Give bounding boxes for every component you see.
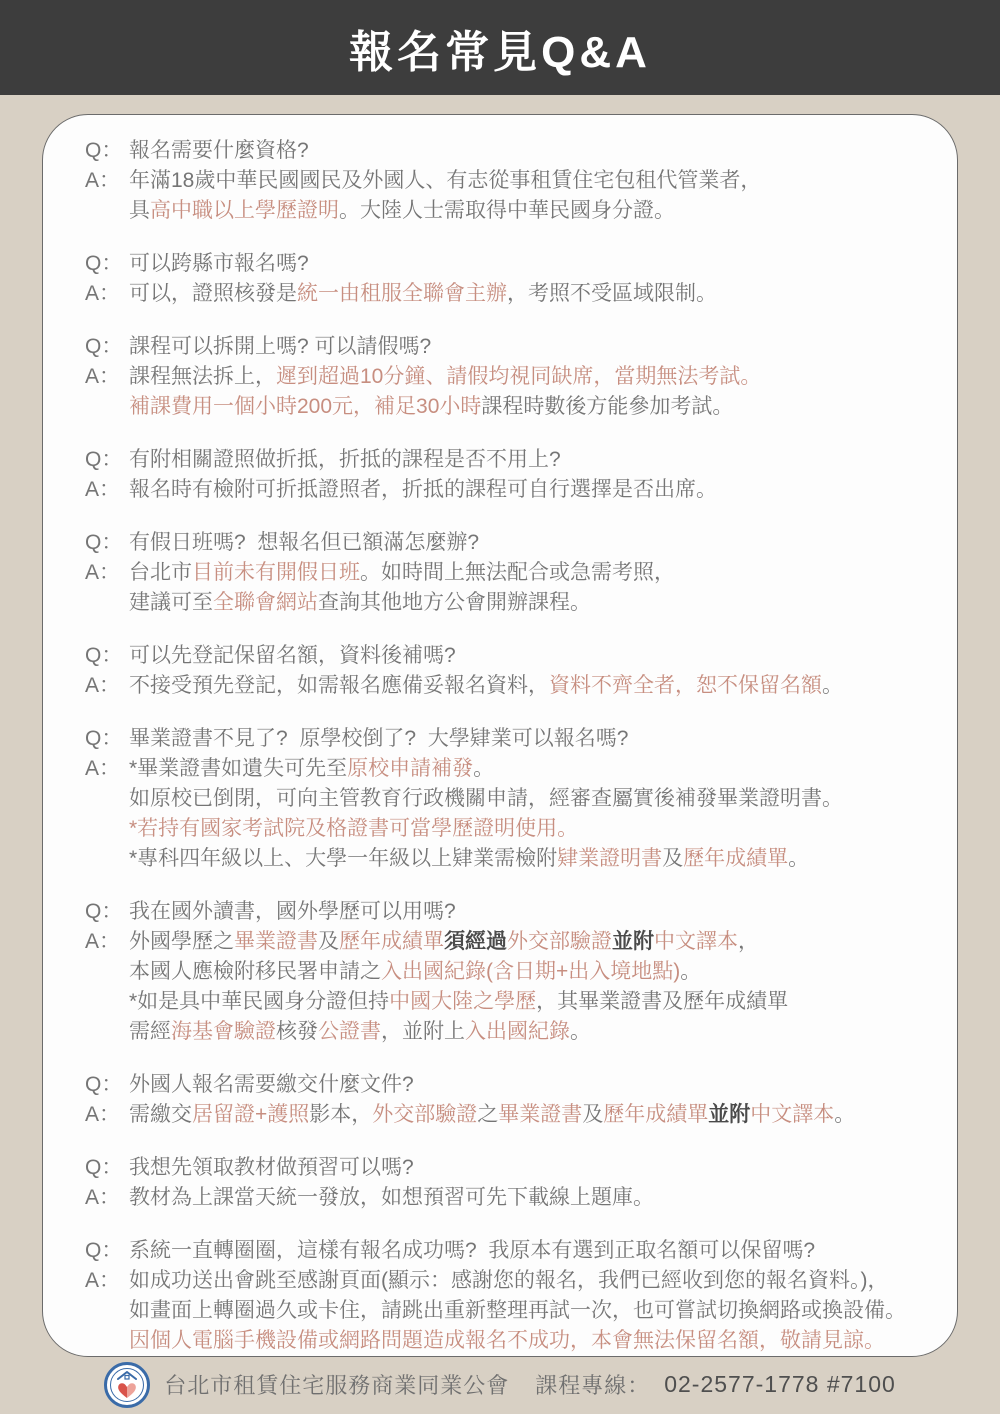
qa-block: Q：有附相關證照做折抵，折抵的課程是否不用上?A：報名時有檢附可折抵證照者，折抵… xyxy=(85,445,929,505)
qa-prefix: A： xyxy=(85,166,129,196)
qa-prefix: A： xyxy=(85,754,129,784)
answer-row: A：台北市目前未有開假日班。如時間上無法配合或急需考照， xyxy=(85,558,929,588)
highlighted-text: 入出國紀錄(含日期+出入境地點) xyxy=(381,960,680,983)
answer-row: A：如成功送出會跳至感謝頁面(顯示：感謝您的報名，我們已經收到您的報名資料。)， xyxy=(85,1266,929,1296)
qa-block: Q：我想先領取教材做預習可以嗎?A：教材為上課當天統一發放，如想預習可先下載線上… xyxy=(85,1153,929,1213)
qa-text: 可以跨縣市報名嗎? xyxy=(129,249,309,279)
association-logo-icon xyxy=(104,1362,150,1408)
body-text: 可以，證照核發是 xyxy=(129,282,297,305)
body-text: 本國人應檢附移民署申請之 xyxy=(129,960,381,983)
qa-prefix: A： xyxy=(85,1266,129,1296)
qa-prefix: Q： xyxy=(85,136,129,166)
highlighted-text: 歷年成績單 xyxy=(339,930,444,953)
qa-list: Q：報名需要什麼資格?A：年滿18歲中華民國國民及外國人、有志從事租賃住宅包租代… xyxy=(85,136,929,1356)
answer-row: A：不接受預先登記，如需報名應備妥報名資料，資料不齊全者，恕不保留名額。 xyxy=(85,671,929,701)
highlighted-text: 中文譯本 xyxy=(654,930,738,953)
qa-prefix: Q： xyxy=(85,641,129,671)
qa-text: 外國學歷之畢業證書及歷年成績單須經過外交部驗證並附中文譯本， xyxy=(129,927,759,957)
qa-text: 不接受預先登記，如需報名應備妥報名資料，資料不齊全者，恕不保留名額。 xyxy=(129,671,843,701)
qa-text: 台北市目前未有開假日班。如時間上無法配合或急需考照， xyxy=(129,558,675,588)
qa-text: 具高中職以上學歷證明。大陸人士需取得中華民國身分證。 xyxy=(129,196,675,226)
body-text: 。 xyxy=(822,674,843,697)
body-text: 。大陸人士需取得中華民國身分證。 xyxy=(339,199,675,222)
qa-text: 我在國外讀書，國外學歷可以用嗎? xyxy=(129,897,456,927)
highlighted-text: 畢業證書 xyxy=(234,930,318,953)
answer-row: 需經海基會驗證核發公證書，並附上入出國紀錄。 xyxy=(85,1017,929,1047)
body-text: *專科四年級以上、大學一年級以上肄業需檢附 xyxy=(129,847,557,870)
highlighted-text: 入出國紀錄 xyxy=(465,1020,570,1043)
answer-row: A：需繳交居留證+護照影本，外交部驗證之畢業證書及歷年成績單並附中文譯本。 xyxy=(85,1100,929,1130)
body-text: 報名需要什麼資格? xyxy=(129,139,309,162)
qa-text: *畢業證書如遺失可先至原校申請補發。 xyxy=(129,754,494,784)
body-text: 外國學歷之 xyxy=(129,930,234,953)
qa-text: 需經海基會驗證核發公證書，並附上入出國紀錄。 xyxy=(129,1017,591,1047)
body-text: 有附相關證照做折抵，折抵的課程是否不用上? xyxy=(129,448,561,471)
body-text: 畢業證書不見了? 原學校倒了? 大學肄業可以報名嗎? xyxy=(129,727,628,750)
qa-text: 報名需要什麼資格? xyxy=(129,136,309,166)
qa-block: Q：畢業證書不見了? 原學校倒了? 大學肄業可以報名嗎?A：*畢業證書如遺失可先… xyxy=(85,724,929,874)
qa-text: 可以先登記保留名額，資料後補嗎? xyxy=(129,641,456,671)
body-text: *畢業證書如遺失可先至 xyxy=(129,757,347,780)
answer-row: 建議可至全聯會網站查詢其他地方公會開辦課程。 xyxy=(85,588,929,618)
question-row: Q：我想先領取教材做預習可以嗎? xyxy=(85,1153,929,1183)
qa-block: Q：系統一直轉圈圈，這樣有報名成功嗎? 我原本有選到正取名額可以保留嗎?A：如成… xyxy=(85,1236,929,1356)
body-text: 需經 xyxy=(129,1020,171,1043)
body-text: 影本， xyxy=(309,1103,372,1126)
body-text: 課程無法拆上， xyxy=(129,365,276,388)
qa-text: 報名時有檢附可折抵證照者，折抵的課程可自行選擇是否出席。 xyxy=(129,475,717,505)
qa-text: 有假日班嗎? 想報名但已額滿怎麼辦? xyxy=(129,528,479,558)
question-row: Q：有附相關證照做折抵，折抵的課程是否不用上? xyxy=(85,445,929,475)
qa-text: 如畫面上轉圈過久或卡住，請跳出重新整理再試一次，也可嘗試切換網路或換設備。 xyxy=(129,1296,906,1326)
highlighted-text: 海基會驗證 xyxy=(171,1020,276,1043)
answer-row: *專科四年級以上、大學一年級以上肄業需檢附肄業證明書及歷年成績單。 xyxy=(85,844,929,874)
answer-row: 本國人應檢附移民署申請之入出國紀錄(含日期+出入境地點)。 xyxy=(85,957,929,987)
body-text: 。 xyxy=(834,1103,855,1126)
body-text: ，考照不受區域限制。 xyxy=(507,282,717,305)
qa-block: Q：有假日班嗎? 想報名但已額滿怎麼辦?A：台北市目前未有開假日班。如時間上無法… xyxy=(85,528,929,618)
qa-prefix: Q： xyxy=(85,1153,129,1183)
highlighted-text: 中文譯本 xyxy=(750,1103,834,1126)
body-text: 年滿18歲中華民國國民及外國人、有志從事租賃住宅包租代管業者， xyxy=(129,169,761,192)
highlighted-text: 高中職以上學歷證明 xyxy=(150,199,339,222)
qa-prefix: Q： xyxy=(85,332,129,362)
answer-row: A：教材為上課當天統一發放，如想預習可先下載線上題庫。 xyxy=(85,1183,929,1213)
highlighted-text: 補課費用一個小時200元，補足30小時 xyxy=(129,395,481,418)
qa-text: 補課費用一個小時200元，補足30小時課程時數後方能參加考試。 xyxy=(129,392,733,422)
body-text: 之 xyxy=(477,1103,498,1126)
body-text: 可以先登記保留名額，資料後補嗎? xyxy=(129,644,456,667)
qa-text: 系統一直轉圈圈，這樣有報名成功嗎? 我原本有選到正取名額可以保留嗎? xyxy=(129,1236,815,1266)
question-row: Q：可以先登記保留名額，資料後補嗎? xyxy=(85,641,929,671)
qa-text: *若持有國家考試院及格證書可當學歷證明使用。 xyxy=(129,814,578,844)
body-text: 。如時間上無法配合或急需考照， xyxy=(360,561,675,584)
qa-prefix: Q： xyxy=(85,249,129,279)
body-text: 如畫面上轉圈過久或卡住，請跳出重新整理再試一次，也可嘗試切換網路或換設備。 xyxy=(129,1299,906,1322)
qa-text: 如原校已倒閉，可向主管教育行政機關申請，經審查屬實後補發畢業證明書。 xyxy=(129,784,843,814)
qa-text: *專科四年級以上、大學一年級以上肄業需檢附肄業證明書及歷年成績單。 xyxy=(129,844,809,874)
highlighted-text: 中國大陸之學歷 xyxy=(389,990,536,1013)
body-text: 不接受預先登記，如需報名應備妥報名資料， xyxy=(129,674,549,697)
qa-text: 可以，證照核發是統一由租服全聯會主辦，考照不受區域限制。 xyxy=(129,279,717,309)
highlighted-text: 資料不齊全者，恕不保留名額 xyxy=(549,674,822,697)
qa-block: Q：可以先登記保留名額，資料後補嗎?A：不接受預先登記，如需報名應備妥報名資料，… xyxy=(85,641,929,701)
body-text: 系統一直轉圈圈，這樣有報名成功嗎? 我原本有選到正取名額可以保留嗎? xyxy=(129,1239,815,1262)
qa-text: 課程無法拆上，遲到超過10分鐘、請假均視同缺席，當期無法考試。 xyxy=(129,362,761,392)
body-text: ， xyxy=(738,930,759,953)
footer-hotline-label: 課程專線： xyxy=(535,1369,650,1400)
body-text: 。 xyxy=(570,1020,591,1043)
qa-text: 我想先領取教材做預習可以嗎? xyxy=(129,1153,414,1183)
question-row: Q：可以跨縣市報名嗎? xyxy=(85,249,929,279)
highlighted-text: *若持有國家考試院及格證書可當學歷證明使用。 xyxy=(129,817,578,840)
qa-prefix: Q： xyxy=(85,1236,129,1266)
qa-block: Q：外國人報名需要繳交什麼文件?A：需繳交居留證+護照影本，外交部驗證之畢業證書… xyxy=(85,1070,929,1130)
answer-row: A：可以，證照核發是統一由租服全聯會主辦，考照不受區域限制。 xyxy=(85,279,929,309)
body-text: 我在國外讀書，國外學歷可以用嗎? xyxy=(129,900,456,923)
qa-prefix: A： xyxy=(85,1100,129,1130)
qa-text: 外國人報名需要繳交什麼文件? xyxy=(129,1070,414,1100)
body-text: 可以跨縣市報名嗎? xyxy=(129,252,309,275)
highlighted-text: 歷年成績單 xyxy=(683,847,788,870)
answer-row: 如畫面上轉圈過久或卡住，請跳出重新整理再試一次，也可嘗試切換網路或換設備。 xyxy=(85,1296,929,1326)
body-text: 須經過 xyxy=(444,930,507,953)
body-text: *如是具中華民國身分證但持 xyxy=(129,990,389,1013)
qa-prefix: A： xyxy=(85,1183,129,1213)
qa-text: 本國人應檢附移民署申請之入出國紀錄(含日期+出入境地點)。 xyxy=(129,957,701,987)
qa-prefix: A： xyxy=(85,927,129,957)
question-row: Q：外國人報名需要繳交什麼文件? xyxy=(85,1070,929,1100)
body-text: 具 xyxy=(129,199,150,222)
qa-text: 如成功送出會跳至感謝頁面(顯示：感謝您的報名，我們已經收到您的報名資料。)， xyxy=(129,1266,888,1296)
qa-prefix: A： xyxy=(85,558,129,588)
qa-prefix: Q： xyxy=(85,1070,129,1100)
answer-row: A：年滿18歲中華民國國民及外國人、有志從事租賃住宅包租代管業者， xyxy=(85,166,929,196)
question-row: Q：有假日班嗎? 想報名但已額滿怎麼辦? xyxy=(85,528,929,558)
body-text: 如原校已倒閉，可向主管教育行政機關申請，經審查屬實後補發畢業證明書。 xyxy=(129,787,843,810)
answer-row: A：*畢業證書如遺失可先至原校申請補發。 xyxy=(85,754,929,784)
highlighted-text: 統一由租服全聯會主辦 xyxy=(297,282,507,305)
body-text: ，其畢業證書及歷年成績單 xyxy=(536,990,788,1013)
highlighted-text: 歷年成績單 xyxy=(603,1103,708,1126)
body-text: 及 xyxy=(662,847,683,870)
question-row: Q：課程可以拆開上嗎? 可以請假嗎? xyxy=(85,332,929,362)
qa-text: 課程可以拆開上嗎? 可以請假嗎? xyxy=(129,332,431,362)
question-row: Q：畢業證書不見了? 原學校倒了? 大學肄業可以報名嗎? xyxy=(85,724,929,754)
answer-row: A：外國學歷之畢業證書及歷年成績單須經過外交部驗證並附中文譯本， xyxy=(85,927,929,957)
highlighted-text: 遲到超過10分鐘、請假均視同缺席，當期無法考試。 xyxy=(276,365,761,388)
qa-card: Q：報名需要什麼資格?A：年滿18歲中華民國國民及外國人、有志從事租賃住宅包租代… xyxy=(42,114,958,1357)
highlighted-text: 原校申請補發 xyxy=(347,757,473,780)
question-row: Q：報名需要什麼資格? xyxy=(85,136,929,166)
highlighted-text: 因個人電腦手機設備或網路問題造成報名不成功，本會無法保留名額，敬請見諒。 xyxy=(129,1329,885,1352)
qa-prefix: Q： xyxy=(85,897,129,927)
answer-row: 因個人電腦手機設備或網路問題造成報名不成功，本會無法保留名額，敬請見諒。 xyxy=(85,1326,929,1356)
qa-text: 年滿18歲中華民國國民及外國人、有志從事租賃住宅包租代管業者， xyxy=(129,166,761,196)
body-text: 有假日班嗎? 想報名但已額滿怎麼辦? xyxy=(129,531,479,554)
answer-row: A：課程無法拆上，遲到超過10分鐘、請假均視同缺席，當期無法考試。 xyxy=(85,362,929,392)
qa-text: 建議可至全聯會網站查詢其他地方公會開辦課程。 xyxy=(129,588,591,618)
qa-block: Q：報名需要什麼資格?A：年滿18歲中華民國國民及外國人、有志從事租賃住宅包租代… xyxy=(85,136,929,226)
body-text: 報名時有檢附可折抵證照者，折抵的課程可自行選擇是否出席。 xyxy=(129,478,717,501)
footer-org-name: 台北市租賃住宅服務商業同業公會 xyxy=(164,1369,509,1400)
qa-text: 畢業證書不見了? 原學校倒了? 大學肄業可以報名嗎? xyxy=(129,724,628,754)
answer-row: 具高中職以上學歷證明。大陸人士需取得中華民國身分證。 xyxy=(85,196,929,226)
qa-prefix: A： xyxy=(85,671,129,701)
body-text: 需繳交 xyxy=(129,1103,192,1126)
body-text: 外國人報名需要繳交什麼文件? xyxy=(129,1073,414,1096)
body-text: 課程時數後方能參加考試。 xyxy=(481,395,733,418)
qa-block: Q：我在國外讀書，國外學歷可以用嗎?A：外國學歷之畢業證書及歷年成績單須經過外交… xyxy=(85,897,929,1047)
highlighted-text: 肄業證明書 xyxy=(557,847,662,870)
footer: 台北市租賃住宅服務商業同業公會 課程專線： 02-2577-1778 #7100 xyxy=(0,1357,1000,1412)
qa-text: *如是具中華民國身分證但持中國大陸之學歷，其畢業證書及歷年成績單 xyxy=(129,987,788,1017)
qa-text: 教材為上課當天統一發放，如想預習可先下載線上題庫。 xyxy=(129,1183,654,1213)
qa-text: 因個人電腦手機設備或網路問題造成報名不成功，本會無法保留名額，敬請見諒。 xyxy=(129,1326,885,1356)
body-text: 我想先領取教材做預習可以嗎? xyxy=(129,1156,414,1179)
body-text: 。 xyxy=(680,960,701,983)
body-text: 。 xyxy=(788,847,809,870)
body-text: 及 xyxy=(582,1103,603,1126)
question-row: Q：系統一直轉圈圈，這樣有報名成功嗎? 我原本有選到正取名額可以保留嗎? xyxy=(85,1236,929,1266)
highlighted-text: 居留證+護照 xyxy=(192,1103,309,1126)
qa-prefix: Q： xyxy=(85,445,129,475)
answer-row: *若持有國家考試院及格證書可當學歷證明使用。 xyxy=(85,814,929,844)
qa-prefix: A： xyxy=(85,475,129,505)
highlighted-text: 公證書 xyxy=(318,1020,381,1043)
body-text: 並附 xyxy=(612,930,654,953)
body-text: 建議可至 xyxy=(129,591,213,614)
body-text: 台北市 xyxy=(129,561,192,584)
highlighted-text: 外交部驗證 xyxy=(507,930,612,953)
body-text: 如成功送出會跳至感謝頁面(顯示：感謝您的報名，我們已經收到您的報名資料。)， xyxy=(129,1269,888,1292)
qa-block: Q：課程可以拆開上嗎? 可以請假嗎?A：課程無法拆上，遲到超過10分鐘、請假均視… xyxy=(85,332,929,422)
footer-phone: 02-2577-1778 #7100 xyxy=(664,1371,896,1398)
body-text: 。 xyxy=(473,757,494,780)
body-text: ，並附上 xyxy=(381,1020,465,1043)
answer-row: 如原校已倒閉，可向主管教育行政機關申請，經審查屬實後補發畢業證明書。 xyxy=(85,784,929,814)
qa-prefix: A： xyxy=(85,279,129,309)
highlighted-text: 外交部驗證 xyxy=(372,1103,477,1126)
qa-prefix: Q： xyxy=(85,528,129,558)
answer-row: 補課費用一個小時200元，補足30小時課程時數後方能參加考試。 xyxy=(85,392,929,422)
body-text: 教材為上課當天統一發放，如想預習可先下載線上題庫。 xyxy=(129,1186,654,1209)
body-text: 並附 xyxy=(708,1103,750,1126)
body-text: 查詢其他地方公會開辦課程。 xyxy=(318,591,591,614)
answer-row: A：報名時有檢附可折抵證照者，折抵的課程可自行選擇是否出席。 xyxy=(85,475,929,505)
body-text: 及 xyxy=(318,930,339,953)
body-text: 課程可以拆開上嗎? 可以請假嗎? xyxy=(129,335,431,358)
qa-prefix: A： xyxy=(85,362,129,392)
question-row: Q：我在國外讀書，國外學歷可以用嗎? xyxy=(85,897,929,927)
page-header: 報名常見Q&A xyxy=(0,0,1000,95)
body-text: 核發 xyxy=(276,1020,318,1043)
qa-block: Q：可以跨縣市報名嗎?A：可以，證照核發是統一由租服全聯會主辦，考照不受區域限制… xyxy=(85,249,929,309)
highlighted-text: 全聯會網站 xyxy=(213,591,318,614)
qa-text: 有附相關證照做折抵，折抵的課程是否不用上? xyxy=(129,445,561,475)
qa-prefix: Q： xyxy=(85,724,129,754)
highlighted-text: 畢業證書 xyxy=(498,1103,582,1126)
highlighted-text: 目前未有開假日班 xyxy=(192,561,360,584)
answer-row: *如是具中華民國身分證但持中國大陸之學歷，其畢業證書及歷年成績單 xyxy=(85,987,929,1017)
qa-text: 需繳交居留證+護照影本，外交部驗證之畢業證書及歷年成績單並附中文譯本。 xyxy=(129,1100,855,1130)
page-title: 報名常見Q&A xyxy=(349,16,651,80)
